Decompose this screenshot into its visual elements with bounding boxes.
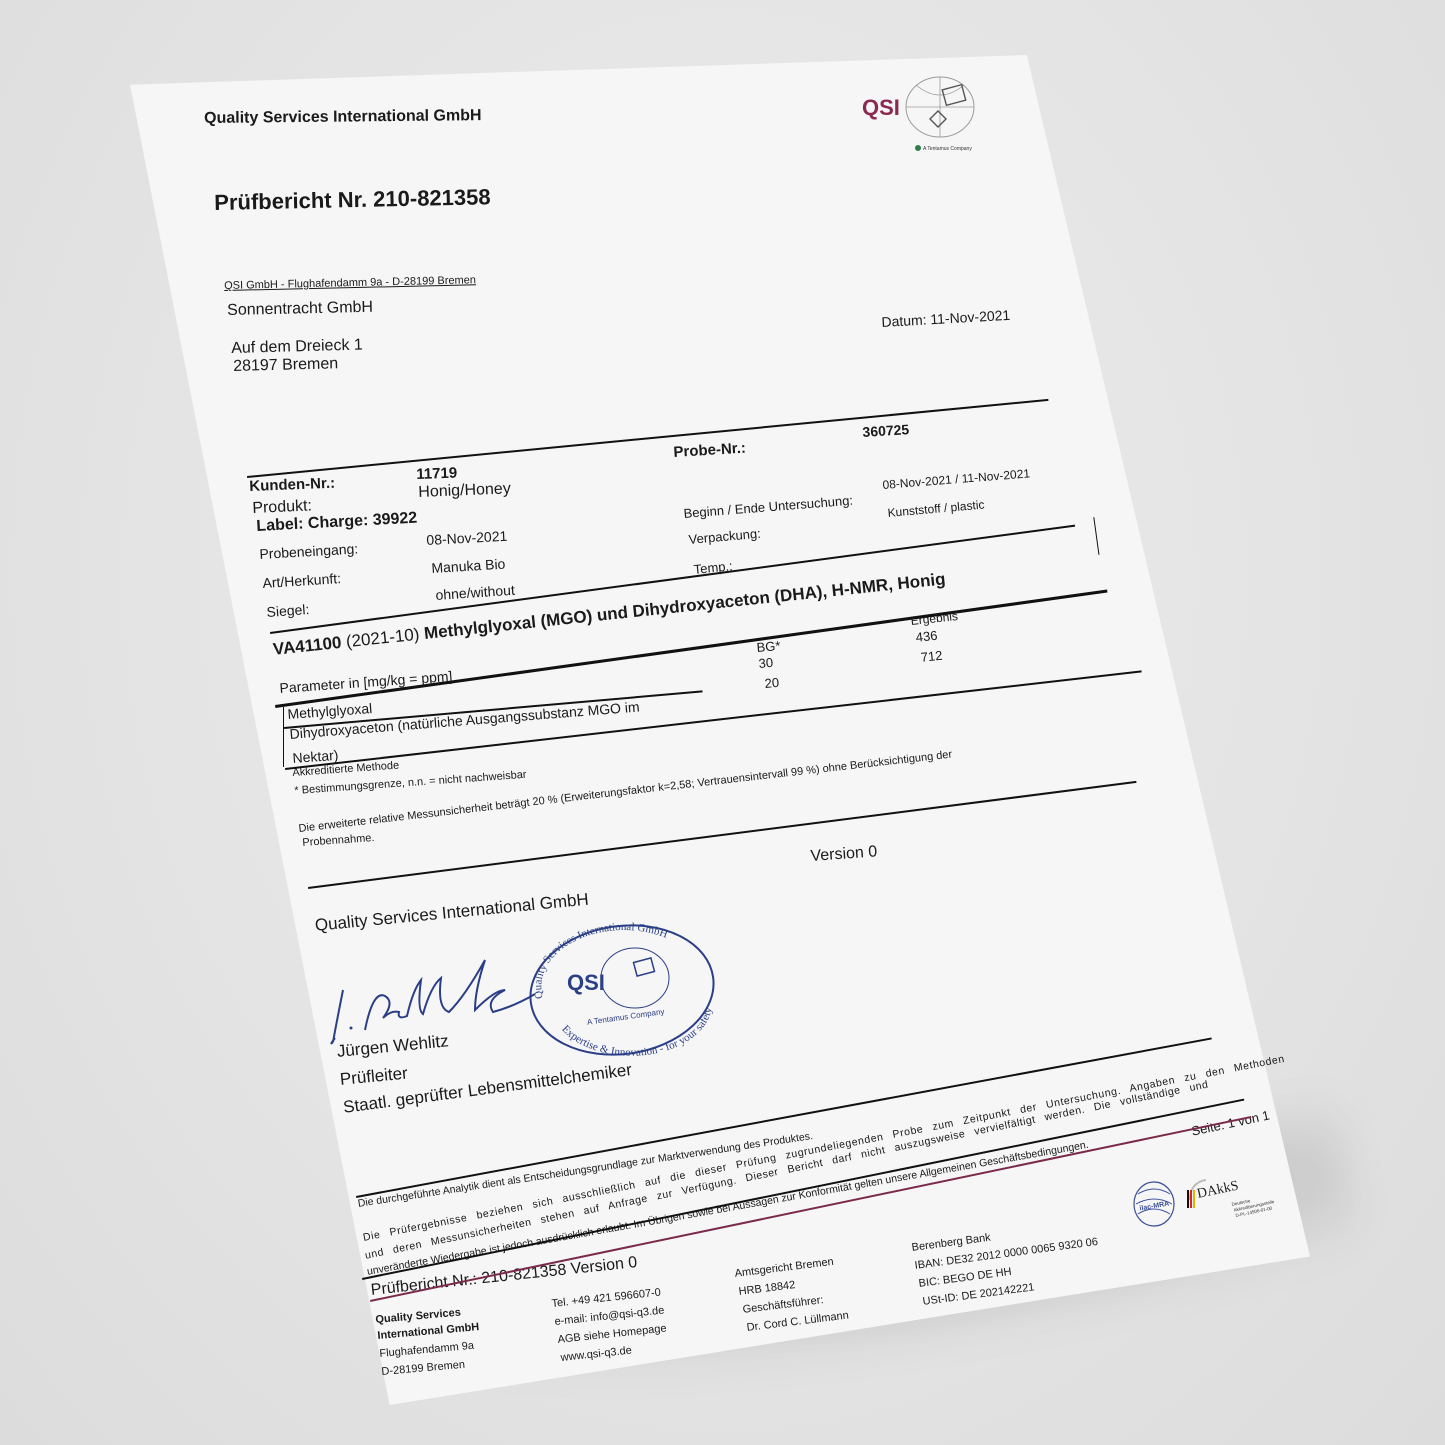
footer-col3-line1: Amtsgericht Bremen: [734, 1256, 834, 1280]
art-value: Manuka Bio: [431, 556, 506, 576]
signatory-role: Prüfleiter: [339, 1063, 409, 1089]
recipient-street: Auf dem Dreieck 1: [231, 337, 363, 358]
report-sheet: Quality Services International GmbH Prüf…: [0, 0, 1445, 1445]
footer-col3-line2: HRB 18842: [738, 1279, 796, 1298]
svg-text:ilac-MRA: ilac-MRA: [1139, 1200, 1170, 1212]
ilac-mra-logo-icon: ilac-MRA: [1134, 1182, 1174, 1226]
footer-col3-line3: Geschäftsführer:: [742, 1294, 824, 1316]
report-title: Prüfbericht Nr. 210-821358: [214, 184, 491, 216]
untersuchung-label: Beginn / Ende Untersuchung:: [683, 493, 853, 521]
bg-row-1-value: 30: [758, 655, 774, 671]
produkt-value: Honig/Honey: [418, 480, 511, 502]
kunden-nr-value: 11719: [416, 465, 457, 483]
probeneingang-label: Probeneingang:: [259, 540, 359, 561]
kunden-nr-label: Kunden-Nr.:: [249, 475, 335, 495]
rule-top: [247, 399, 1048, 478]
footer-website[interactable]: www.qsi-q3.de: [560, 1345, 632, 1364]
probe-nr-value: 360725: [862, 421, 910, 440]
probe-nr-label: Probe-Nr.:: [673, 440, 746, 461]
footer-col1-line3: Flughafendamm 9a: [379, 1340, 474, 1360]
footer-col1-line4: D-28199 Bremen: [381, 1359, 466, 1378]
untersuchung-value: 08-Nov-2021 / 11-Nov-2021: [882, 466, 1031, 492]
probeneingang-value: 08-Nov-2021: [426, 528, 508, 548]
svg-text:QSI: QSI: [567, 970, 605, 995]
sender-line: QSI GmbH - Flughafendamm 9a - D-28199 Br…: [224, 274, 476, 292]
svg-text:DAkkS: DAkkS: [1196, 1179, 1240, 1202]
dakks-logo-icon: DAkkS Deutsche Akkreditierungsstelle D-P…: [1188, 1179, 1275, 1219]
report-date: Datum: 11-Nov-2021: [881, 307, 1011, 330]
result-row-1-value: 436: [915, 628, 938, 645]
recipient-city: 28197 Bremen: [233, 355, 338, 376]
art-label: Art/Herkunft:: [262, 570, 341, 591]
verpackung-label: Verpackung:: [688, 526, 761, 547]
bg-row-2-value: 20: [764, 675, 780, 691]
qsi-logo-icon: QSI A Tentamus Company: [860, 75, 985, 155]
qsi-stamp-icon: Quality Services International GmbH Expe…: [525, 920, 720, 1060]
header-company: Quality Services International GmbH: [204, 107, 482, 128]
table-left-border: [283, 707, 285, 767]
svg-text:QSI: QSI: [862, 95, 900, 120]
result-row-2-value: 712: [920, 648, 943, 665]
recipient-name: Sonnentracht GmbH: [227, 299, 373, 320]
uncertainty-note-cont: Probennahme.: [302, 832, 375, 849]
verpackung-value: Kunststoff / plastic: [887, 498, 985, 520]
svg-text:A Tentamus Company: A Tentamus Company: [586, 1007, 665, 1027]
version-label: Version 0: [810, 843, 878, 866]
rule-notes-bottom: [308, 781, 1136, 889]
accreditation-logos: ilac-MRA DAkkS Deutsche Akkreditierungss…: [1128, 1160, 1288, 1235]
result-header: Ergebnis: [910, 609, 959, 628]
siegel-label: Siegel:: [266, 601, 310, 620]
page-number: Seite: 1 von 1: [1190, 1107, 1271, 1138]
bg-header: BG*: [756, 638, 781, 655]
footer-col2-line3: AGB siehe Homepage: [557, 1323, 667, 1346]
svg-text:A Tentamus Company: A Tentamus Company: [923, 146, 972, 152]
